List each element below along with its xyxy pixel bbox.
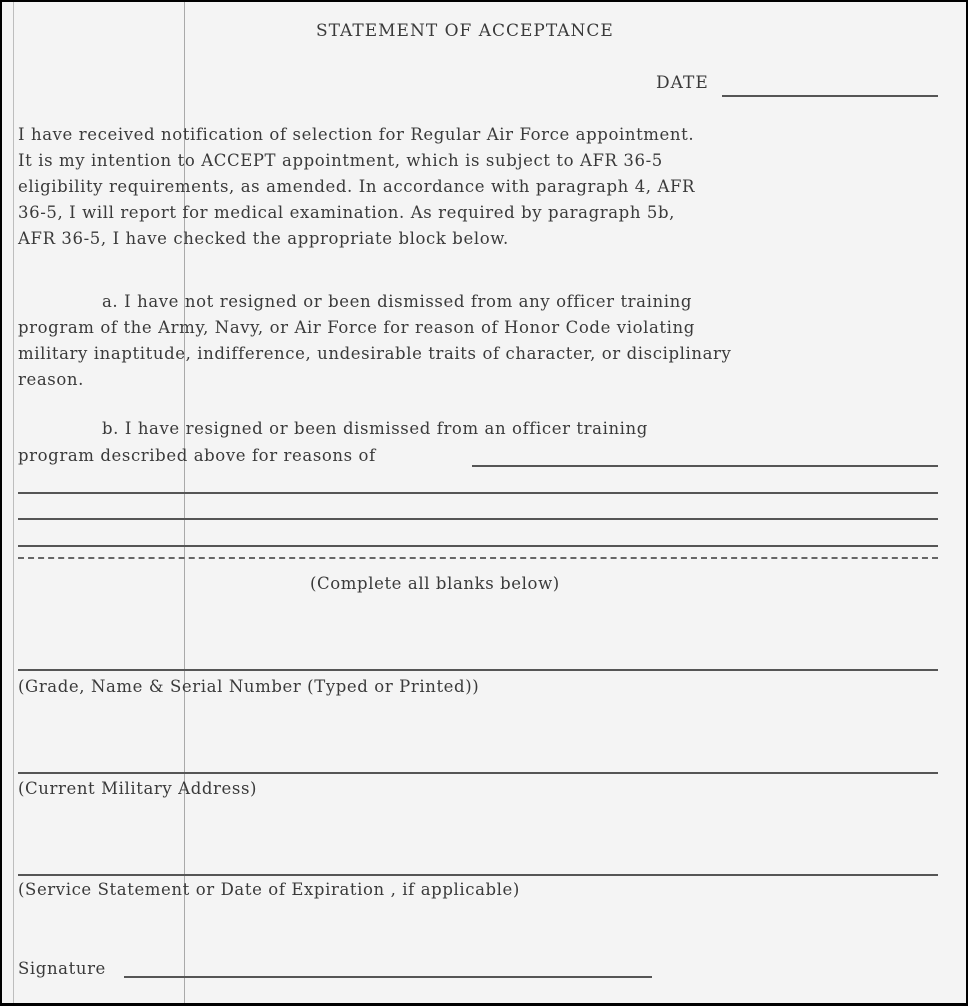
option-a-line: military inaptitude, indifference, undes… <box>18 344 731 363</box>
military-address-label: (Current Military Address) <box>18 779 257 798</box>
margin-line <box>13 2 14 1003</box>
reasons-line <box>18 518 938 520</box>
intro-line: I have received notification of selectio… <box>18 125 694 144</box>
date-label: DATE <box>656 73 709 93</box>
form-title: STATEMENT OF ACCEPTANCE <box>316 21 614 41</box>
signature-line <box>124 976 652 978</box>
reasons-field[interactable] <box>474 445 940 467</box>
option-b-line: b. I have resigned or been dismissed fro… <box>102 419 648 438</box>
cut-line <box>18 557 938 559</box>
address-line <box>18 772 938 774</box>
option-a-line: program of the Army, Navy, or Air Force … <box>18 318 695 337</box>
grade-name-line <box>18 669 938 671</box>
intro-line: 36-5, I will report for medical examinat… <box>18 203 675 222</box>
option-a-line: a. I have not resigned or been dismissed… <box>102 292 692 311</box>
option-b-line: program described above for reasons of <box>18 446 376 465</box>
signature-field[interactable] <box>126 954 654 976</box>
date-field[interactable] <box>724 74 940 96</box>
instruction-text: (Complete all blanks below) <box>310 574 560 593</box>
intro-line: AFR 36-5, I have checked the appropriate… <box>18 229 509 248</box>
intro-line: It is my intention to ACCEPT appointment… <box>18 151 663 170</box>
option-a-line: reason. <box>18 370 84 389</box>
service-statement-line <box>18 874 938 876</box>
intro-line: eligibility requirements, as amended. In… <box>18 177 695 196</box>
military-address-field[interactable] <box>20 750 940 772</box>
grade-name-serial-label: (Grade, Name & Serial Number (Typed or P… <box>18 677 479 696</box>
service-statement-label: (Service Statement or Date of Expiration… <box>18 880 520 899</box>
reasons-line <box>18 545 938 547</box>
service-statement-field[interactable] <box>20 852 940 874</box>
form-page: STATEMENT OF ACCEPTANCE DATE I have rece… <box>2 2 966 1003</box>
reasons-line <box>18 492 938 494</box>
grade-name-serial-field[interactable] <box>20 647 940 669</box>
signature-label: Signature <box>18 959 106 978</box>
